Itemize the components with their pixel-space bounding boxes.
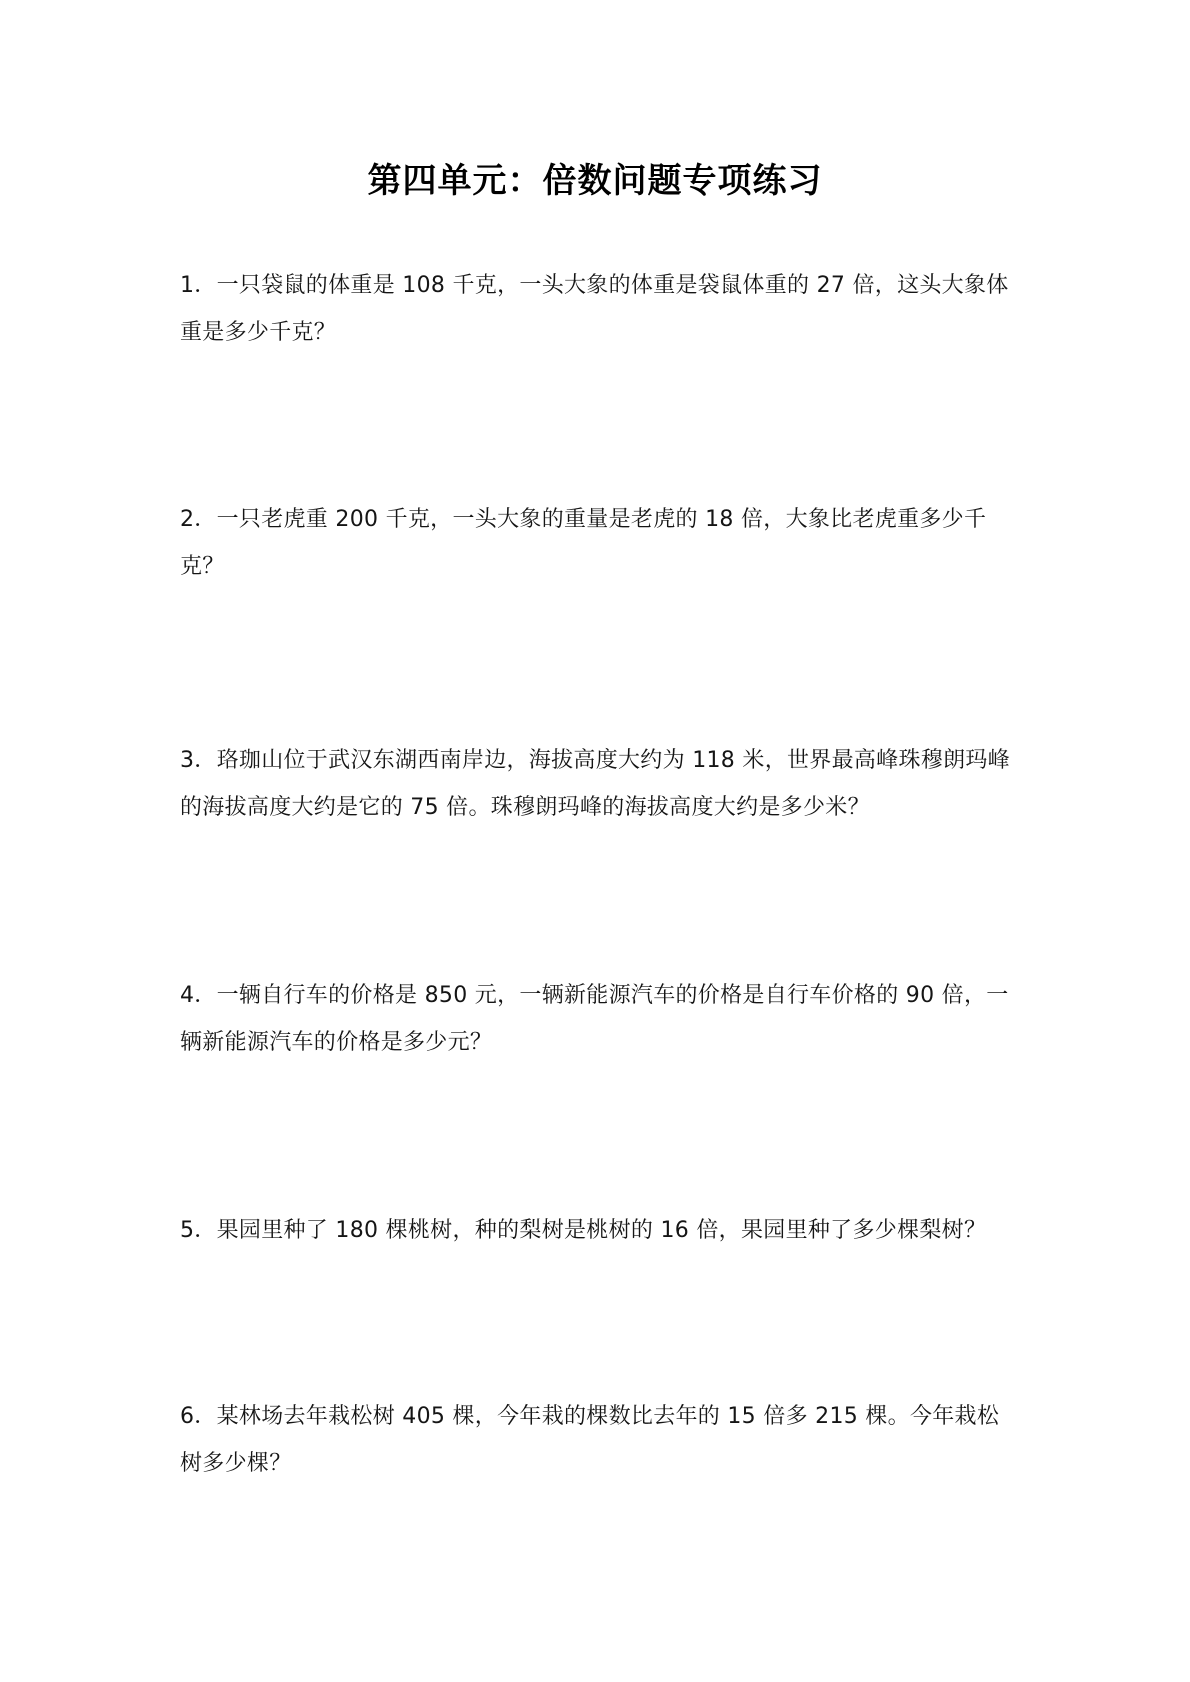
question-3: 3．珞珈山位于武汉东湖西南岸边，海拔高度大约为 118 米，世界最高峰珠穆朗玛峰… [180,737,1020,831]
question-number: 2． [180,507,217,532]
question-text: 珞珈山位于武汉东湖西南岸边，海拔高度大约为 118 米，世界最高峰珠穆朗玛峰的海… [180,748,1010,820]
question-text: 一辆自行车的价格是 850 元，一辆新能源汽车的价格是自行车价格的 90 倍，一… [180,983,1009,1055]
question-4: 4．一辆自行车的价格是 850 元，一辆新能源汽车的价格是自行车价格的 90 倍… [180,972,1020,1066]
question-5: 5．果园里种了 180 棵桃树，种的梨树是桃树的 16 倍，果园里种了多少棵梨树… [180,1207,1020,1254]
question-number: 5． [180,1218,217,1243]
question-number: 6． [180,1404,217,1429]
question-text: 一只袋鼠的体重是 108 千克，一头大象的体重是袋鼠体重的 27 倍，这头大象体… [180,273,1009,345]
question-number: 4． [180,983,217,1008]
question-2: 2．一只老虎重 200 千克，一头大象的重量是老虎的 18 倍，大象比老虎重多少… [180,496,1020,590]
page-title: 第四单元：倍数问题专项练习 [0,156,1190,206]
worksheet-page: 第四单元：倍数问题专项练习 1．一只袋鼠的体重是 108 千克，一头大象的体重是… [0,0,1190,1682]
question-text: 某林场去年栽松树 405 棵，今年栽的棵数比去年的 15 倍多 215 棵。今年… [180,1404,999,1476]
question-6: 6．某林场去年栽松树 405 棵，今年栽的棵数比去年的 15 倍多 215 棵。… [180,1393,1020,1487]
question-number: 3． [180,748,217,773]
question-number: 1． [180,273,217,298]
question-text: 果园里种了 180 棵桃树，种的梨树是桃树的 16 倍，果园里种了多少棵梨树？ [217,1218,987,1243]
question-1: 1．一只袋鼠的体重是 108 千克，一头大象的体重是袋鼠体重的 27 倍，这头大… [180,262,1020,356]
question-text: 一只老虎重 200 千克，一头大象的重量是老虎的 18 倍，大象比老虎重多少千克… [180,507,986,579]
